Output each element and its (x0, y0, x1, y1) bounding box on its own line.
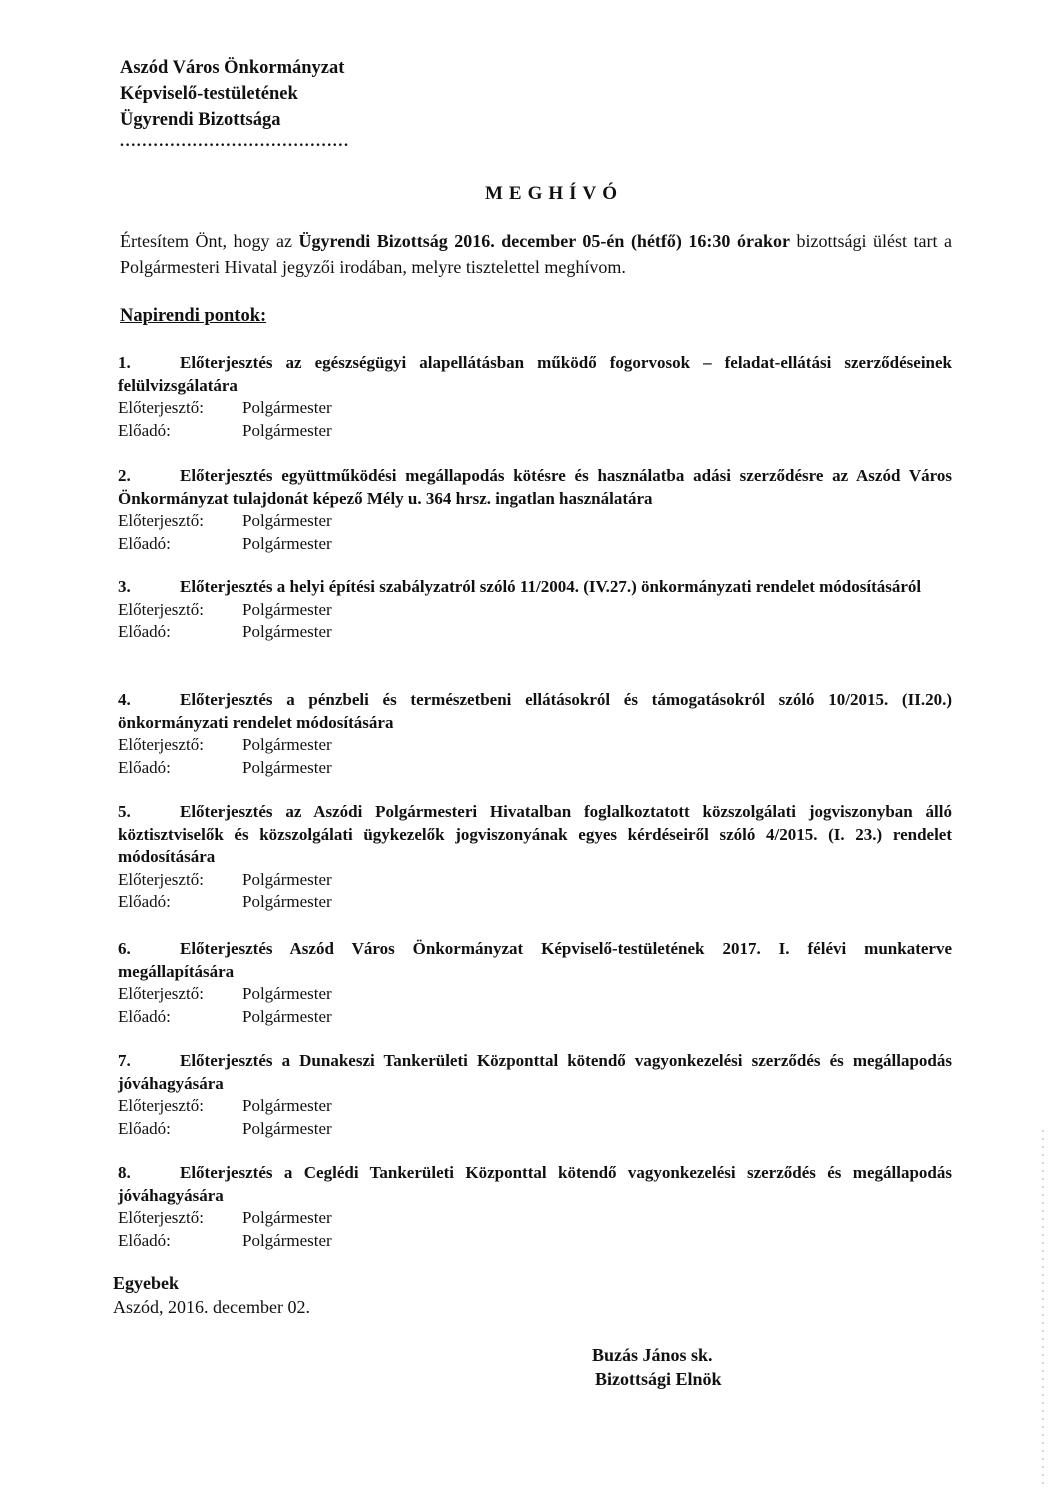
presenter-row: Előadó:Polgármester (118, 420, 952, 443)
proposer-row: Előterjesztő:Polgármester (118, 734, 952, 757)
agenda-item-text: Előterjesztés a helyi építési szabályzat… (180, 577, 921, 596)
agenda-item: 8.Előterjesztés a Ceglédi Tankerületi Kö… (118, 1162, 952, 1252)
agenda-item-number: 2. (118, 465, 180, 488)
agenda-item-number: 3. (118, 576, 180, 599)
presenter-value: Polgármester (242, 1006, 332, 1029)
agenda-item-number: 6. (118, 938, 180, 961)
intro-meeting-details: Ügyrendi Bizottság 2016. december 05-én … (299, 231, 790, 251)
other-matters: Egyebek (113, 1273, 179, 1294)
presenter-label: Előadó: (118, 1230, 242, 1253)
proposer-row: Előterjesztő:Polgármester (118, 1095, 952, 1118)
presenter-label: Előadó: (118, 1118, 242, 1141)
presenter-value: Polgármester (242, 1230, 332, 1253)
signatory-position: Bizottsági Elnök (592, 1367, 722, 1391)
presenter-value: Polgármester (242, 420, 332, 443)
issuer-line-2: Képviselő-testületének (120, 81, 344, 107)
presenter-value: Polgármester (242, 891, 332, 914)
agenda-item: 1.Előterjesztés az egészségügyi alapellá… (118, 352, 952, 442)
agenda-item: 7.Előterjesztés a Dunakeszi Tankerületi … (118, 1050, 952, 1140)
agenda-item-number: 5. (118, 801, 180, 824)
agenda-item-title: 3.Előterjesztés a helyi építési szabályz… (118, 576, 952, 599)
presenter-label: Előadó: (118, 533, 242, 556)
proposer-row: Előterjesztő:Polgármester (118, 599, 952, 622)
proposer-row: Előterjesztő:Polgármester (118, 1207, 952, 1230)
agenda-item-text: Előterjesztés a Dunakeszi Tankerületi Kö… (118, 1051, 952, 1093)
agenda-item: 2.Előterjesztés együttműködési megállapo… (118, 465, 952, 555)
proposer-row: Előterjesztő:Polgármester (118, 397, 952, 420)
intro-prefix: Értesítem Önt, hogy az (120, 231, 299, 251)
agenda-item-title: 1.Előterjesztés az egészségügyi alapellá… (118, 352, 952, 397)
proposer-value: Polgármester (242, 869, 332, 892)
proposer-value: Polgármester (242, 510, 332, 533)
proposer-label: Előterjesztő: (118, 869, 242, 892)
agenda-item-text: Előterjesztés együttműködési megállapodá… (118, 466, 952, 508)
proposer-label: Előterjesztő: (118, 510, 242, 533)
agenda-item: 3.Előterjesztés a helyi építési szabályz… (118, 576, 952, 644)
presenter-row: Előadó:Polgármester (118, 533, 952, 556)
signatory-name: Buzás János sk. (592, 1343, 722, 1367)
agenda-item-number: 8. (118, 1162, 180, 1185)
agenda-item: 6.Előterjesztés Aszód Város Önkormányzat… (118, 938, 952, 1028)
intro-paragraph: Értesítem Önt, hogy az Ügyrendi Bizottsá… (120, 228, 952, 280)
presenter-value: Polgármester (242, 1118, 332, 1141)
dotted-separator: ........................................… (120, 133, 350, 151)
agenda-item-number: 4. (118, 689, 180, 712)
proposer-row: Előterjesztő:Polgármester (118, 983, 952, 1006)
agenda-item-title: 6.Előterjesztés Aszód Város Önkormányzat… (118, 938, 952, 983)
presenter-value: Polgármester (242, 757, 332, 780)
presenter-label: Előadó: (118, 757, 242, 780)
place-date: Aszód, 2016. december 02. (113, 1297, 310, 1318)
presenter-value: Polgármester (242, 533, 332, 556)
signature-block: Buzás János sk. Bizottsági Elnök (592, 1343, 722, 1391)
agenda-item-text: Előterjesztés Aszód Város Önkormányzat K… (118, 939, 952, 981)
presenter-row: Előadó:Polgármester (118, 621, 952, 644)
issuer-line-3: Ügyrendi Bizottsága (120, 107, 344, 133)
agenda-item: 4.Előterjesztés a pénzbeli és természetb… (118, 689, 952, 779)
agenda-item: 5.Előterjesztés az Aszódi Polgármesteri … (118, 801, 952, 914)
agenda-item-number: 1. (118, 352, 180, 375)
agenda-item-title: 5.Előterjesztés az Aszódi Polgármesteri … (118, 801, 952, 869)
proposer-value: Polgármester (242, 1095, 332, 1118)
presenter-row: Előadó:Polgármester (118, 1118, 952, 1141)
agenda-item-text: Előterjesztés az Aszódi Polgármesteri Hi… (118, 802, 952, 866)
agenda-item-text: Előterjesztés az egészségügyi alapellátá… (118, 353, 952, 395)
document-title: MEGHÍVÓ (0, 183, 1058, 205)
proposer-row: Előterjesztő:Polgármester (118, 869, 952, 892)
agenda-item-title: 2.Előterjesztés együttműködési megállapo… (118, 465, 952, 510)
presenter-row: Előadó:Polgármester (118, 1230, 952, 1253)
agenda-item-title: 4.Előterjesztés a pénzbeli és természetb… (118, 689, 952, 734)
presenter-label: Előadó: (118, 891, 242, 914)
proposer-label: Előterjesztő: (118, 1095, 242, 1118)
invitation-page: Aszód Város Önkormányzat Képviselő-testü… (0, 0, 1058, 1497)
proposer-value: Polgármester (242, 734, 332, 757)
scan-edge-marks (1042, 1130, 1044, 1490)
agenda-item-title: 8.Előterjesztés a Ceglédi Tankerületi Kö… (118, 1162, 952, 1207)
presenter-label: Előadó: (118, 420, 242, 443)
proposer-value: Polgármester (242, 983, 332, 1006)
proposer-value: Polgármester (242, 1207, 332, 1230)
agenda-heading: Napirendi pontok: (120, 306, 266, 327)
issuer-line-1: Aszód Város Önkormányzat (120, 55, 344, 81)
agenda-item-text: Előterjesztés a Ceglédi Tankerületi Közp… (118, 1163, 952, 1205)
presenter-row: Előadó:Polgármester (118, 757, 952, 780)
proposer-label: Előterjesztő: (118, 397, 242, 420)
agenda-item-title: 7.Előterjesztés a Dunakeszi Tankerületi … (118, 1050, 952, 1095)
proposer-label: Előterjesztő: (118, 1207, 242, 1230)
presenter-label: Előadó: (118, 621, 242, 644)
presenter-label: Előadó: (118, 1006, 242, 1029)
presenter-value: Polgármester (242, 621, 332, 644)
proposer-label: Előterjesztő: (118, 983, 242, 1006)
proposer-value: Polgármester (242, 397, 332, 420)
proposer-value: Polgármester (242, 599, 332, 622)
proposer-row: Előterjesztő:Polgármester (118, 510, 952, 533)
agenda-item-text: Előterjesztés a pénzbeli és természetben… (118, 690, 952, 732)
agenda-item-number: 7. (118, 1050, 180, 1073)
issuer-header: Aszód Város Önkormányzat Képviselő-testü… (120, 55, 344, 133)
presenter-row: Előadó:Polgármester (118, 1006, 952, 1029)
proposer-label: Előterjesztő: (118, 734, 242, 757)
proposer-label: Előterjesztő: (118, 599, 242, 622)
presenter-row: Előadó:Polgármester (118, 891, 952, 914)
